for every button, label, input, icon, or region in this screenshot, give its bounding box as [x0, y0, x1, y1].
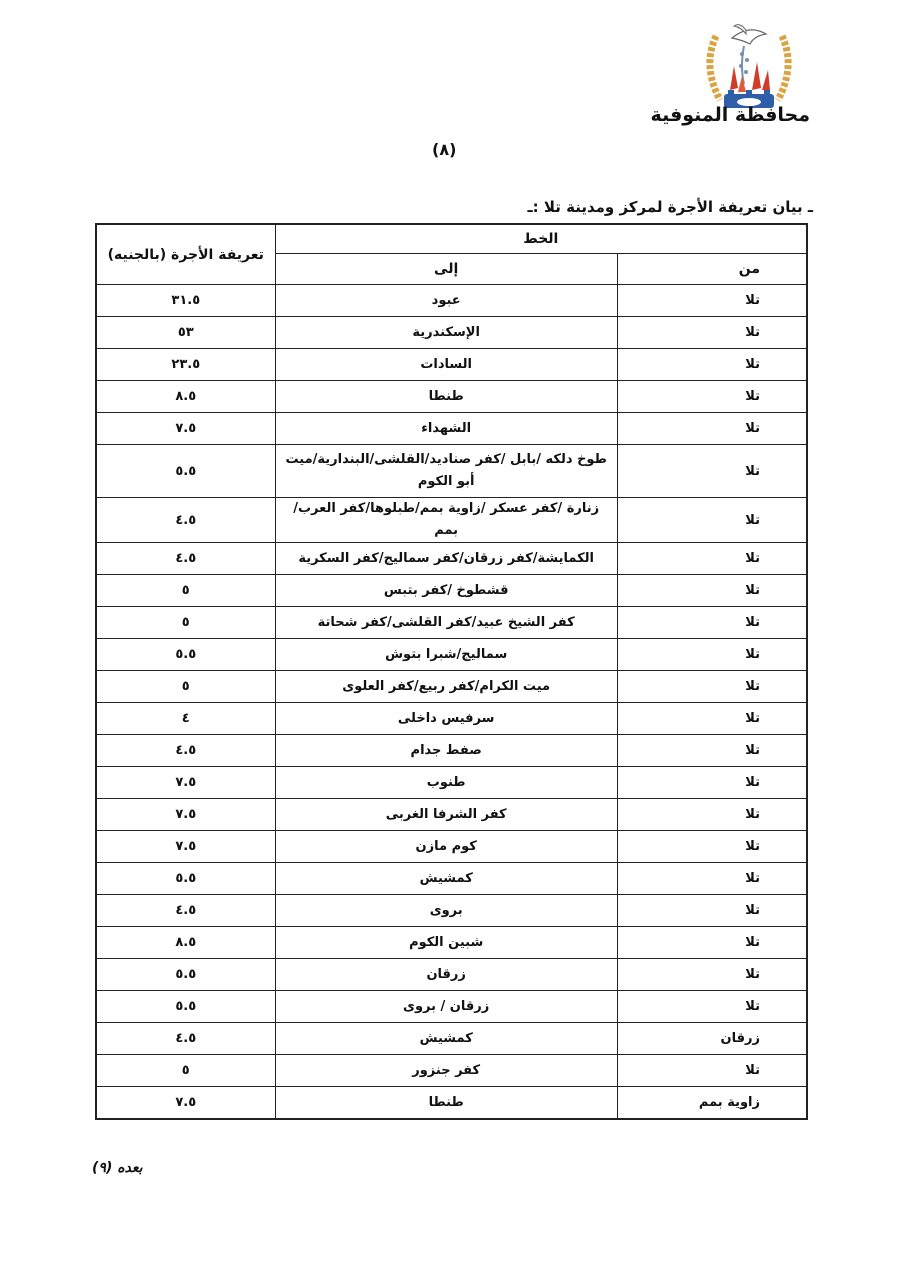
fare-cell: ٥ [96, 1055, 275, 1087]
to-cell: سماليج/شبرا بتوش [275, 639, 617, 671]
from-cell: تلا [617, 895, 807, 927]
fare-cell: ٧.٥ [96, 799, 275, 831]
to-cell: شبين الكوم [275, 927, 617, 959]
fare-cell: ٥ [96, 671, 275, 703]
fare-cell: ٤.٥ [96, 498, 275, 543]
document-heading: ـ بيان تعريفة الأجرة لمركز ومدينة تلا :ـ [528, 198, 813, 216]
to-cell: كفر الشرفا الغربى [275, 799, 617, 831]
fare-cell: ٤.٥ [96, 895, 275, 927]
table-row: تلاقشطوخ /كفر بتبس٥ [96, 575, 807, 607]
to-cell: كفر الشيخ عبيد/كفر القلشى/كفر شحاتة [275, 607, 617, 639]
to-cell: زرقان / بروى [275, 991, 617, 1023]
governorate-name: محافظة المنوفية [651, 104, 810, 126]
from-cell: تلا [617, 863, 807, 895]
fare-header: تعريفة الأجرة (بالجنيه) [96, 224, 275, 285]
table-row: تلاكفر الشرفا الغربى٧.٥ [96, 799, 807, 831]
to-cell: الشهداء [275, 413, 617, 445]
table-row: تلاطنوب٧.٥ [96, 767, 807, 799]
table-row: تلاالشهداء٧.٥ [96, 413, 807, 445]
from-cell: تلا [617, 671, 807, 703]
fare-cell: ٨.٥ [96, 927, 275, 959]
table-row: تلاالسادات٢٣.٥ [96, 349, 807, 381]
fare-cell: ٧.٥ [96, 831, 275, 863]
table-row: تلازرقان٥.٥ [96, 959, 807, 991]
fare-cell: ٥٣ [96, 317, 275, 349]
table-row: تلاكمشيش٥.٥ [96, 863, 807, 895]
to-cell: كمشيش [275, 1023, 617, 1055]
table-row: تلاكفر جنزور٥ [96, 1055, 807, 1087]
from-cell: تلا [617, 349, 807, 381]
to-cell: الإسكندرية [275, 317, 617, 349]
fare-cell: ٥.٥ [96, 863, 275, 895]
fare-cell: ٤.٥ [96, 543, 275, 575]
table-row: تلاسرفيس داخلى٤ [96, 703, 807, 735]
from-cell: تلا [617, 703, 807, 735]
to-cell: الكمايشة/كفر زرقان/كفر سماليج/كفر السكري… [275, 543, 617, 575]
from-cell: تلا [617, 767, 807, 799]
table-row: تلاشبين الكوم٨.٥ [96, 927, 807, 959]
from-cell: تلا [617, 1055, 807, 1087]
table-row: تلاعبود٣١.٥ [96, 285, 807, 317]
from-cell: تلا [617, 317, 807, 349]
to-cell: طنوب [275, 767, 617, 799]
table-row: تلاصفط جدام٤.٥ [96, 735, 807, 767]
to-cell: كفر جنزور [275, 1055, 617, 1087]
from-cell: زاوية بمم [617, 1087, 807, 1120]
from-cell: تلا [617, 575, 807, 607]
fare-cell: ٥.٥ [96, 445, 275, 498]
fare-cell: ٧.٥ [96, 413, 275, 445]
fare-cell: ٥.٥ [96, 991, 275, 1023]
table-row: تلاميت الكرام/كفر ربيع/كفر العلوى٥ [96, 671, 807, 703]
table-row: زاوية بممطنطا٧.٥ [96, 1087, 807, 1120]
to-header: إلى [275, 254, 617, 285]
table-row: تلازنارة /كفر عسكر /زاوية بمم/طبلوها/كفر… [96, 498, 807, 543]
from-cell: تلا [617, 445, 807, 498]
table-row: تلاكفر الشيخ عبيد/كفر القلشى/كفر شحاتة٥ [96, 607, 807, 639]
next-page-note: بعده (٩) [92, 1160, 143, 1176]
table-row: تلابروى٤.٥ [96, 895, 807, 927]
from-cell: تلا [617, 799, 807, 831]
fare-cell: ٤.٥ [96, 735, 275, 767]
from-cell: تلا [617, 413, 807, 445]
fare-cell: ٥ [96, 607, 275, 639]
from-cell: تلا [617, 959, 807, 991]
table-row: تلاالإسكندرية٥٣ [96, 317, 807, 349]
fare-cell: ٤ [96, 703, 275, 735]
from-cell: تلا [617, 498, 807, 543]
to-cell: زنارة /كفر عسكر /زاوية بمم/طبلوها/كفر ال… [275, 498, 617, 543]
to-cell: قشطوخ /كفر بتبس [275, 575, 617, 607]
to-cell: طنطا [275, 1087, 617, 1120]
from-cell: تلا [617, 735, 807, 767]
from-cell: تلا [617, 927, 807, 959]
fare-table: الخط تعريفة الأجرة (بالجنيه) من إلى تلاع… [95, 223, 808, 1120]
table-row: تلاكوم مازن٧.٥ [96, 831, 807, 863]
fare-cell: ٧.٥ [96, 1087, 275, 1120]
from-cell: تلا [617, 543, 807, 575]
line-header: الخط [275, 224, 807, 254]
to-cell: طوخ دلكه /بابل /كفر صناديد/القلشى/البندا… [275, 445, 617, 498]
from-cell: تلا [617, 381, 807, 413]
fare-cell: ٤.٥ [96, 1023, 275, 1055]
to-cell: عبود [275, 285, 617, 317]
to-cell: طنطا [275, 381, 617, 413]
from-cell: تلا [617, 607, 807, 639]
fare-cell: ٥.٥ [96, 639, 275, 671]
table-row: تلاسماليج/شبرا بتوش٥.٥ [96, 639, 807, 671]
page-number: (٨) [432, 140, 456, 159]
from-cell: زرقان [617, 1023, 807, 1055]
fare-cell: ٥ [96, 575, 275, 607]
fare-cell: ٥.٥ [96, 959, 275, 991]
from-cell: تلا [617, 831, 807, 863]
to-cell: سرفيس داخلى [275, 703, 617, 735]
fare-cell: ٢٣.٥ [96, 349, 275, 381]
table-row: تلاطوخ دلكه /بابل /كفر صناديد/القلشى/الب… [96, 445, 807, 498]
to-cell: ميت الكرام/كفر ربيع/كفر العلوى [275, 671, 617, 703]
table-row: زرقانكمشيش٤.٥ [96, 1023, 807, 1055]
fare-cell: ٧.٥ [96, 767, 275, 799]
fare-cell: ٣١.٥ [96, 285, 275, 317]
table-row: تلاالكمايشة/كفر زرقان/كفر سماليج/كفر الس… [96, 543, 807, 575]
to-cell: بروى [275, 895, 617, 927]
from-cell: تلا [617, 285, 807, 317]
table-row: تلاطنطا٨.٥ [96, 381, 807, 413]
from-cell: تلا [617, 639, 807, 671]
table-row: تلازرقان / بروى٥.٥ [96, 991, 807, 1023]
from-header: من [617, 254, 807, 285]
to-cell: زرقان [275, 959, 617, 991]
from-cell: تلا [617, 991, 807, 1023]
to-cell: صفط جدام [275, 735, 617, 767]
to-cell: كمشيش [275, 863, 617, 895]
to-cell: كوم مازن [275, 831, 617, 863]
to-cell: السادات [275, 349, 617, 381]
fare-cell: ٨.٥ [96, 381, 275, 413]
